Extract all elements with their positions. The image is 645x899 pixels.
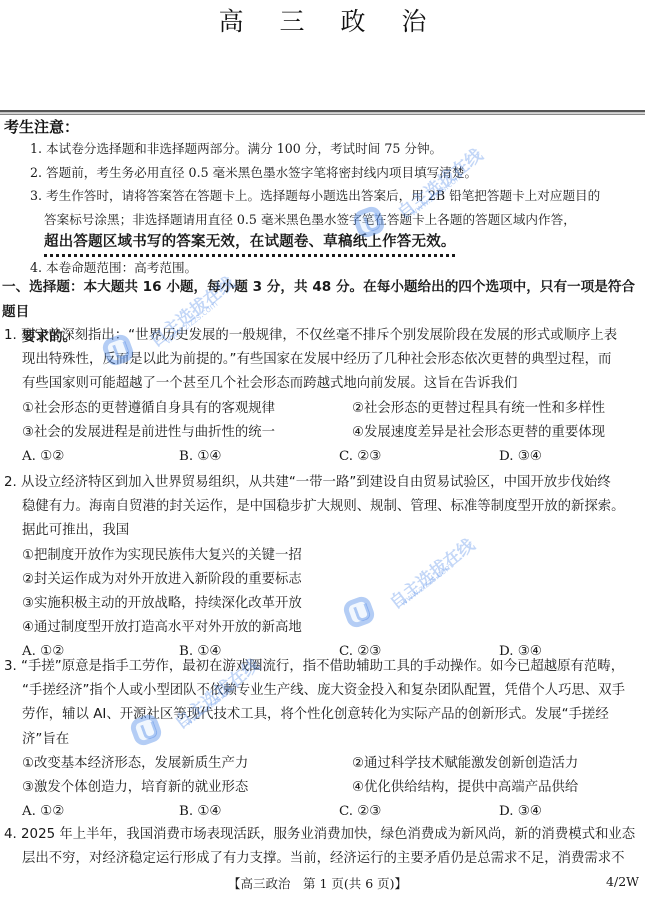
- section-heading-line1: 一、选择题：本大题共 16 小题，每小题 3 分，共 48 分。在每小题给出的四…: [2, 279, 635, 320]
- option-4: ④通过制度型开放打造高水平对外开放的新高地: [4, 616, 642, 640]
- page-number-label: 【高三政治 第 1 页(共 6 页)】: [228, 874, 407, 892]
- option-1: ①把制度开放作为实现民族伟大复兴的关键一招: [4, 544, 642, 568]
- notice-item-3-cont: 答案标号涂黑；非选择题请用直径 0.5 毫米黑色墨水签字笔在答题卡上各题的答题区…: [30, 208, 642, 232]
- question-stem: 层出不穷，对经济稳定运行形成了有力支撑。当前，经济运行的主要矛盾仍是总需求不足，…: [4, 847, 642, 871]
- question-stem: 现出特殊性，反而是以此为前提的。”有些国家在发展中经历了几种社会形态依次更替的典…: [4, 348, 642, 372]
- option-3: ③激发个体创造力，培育新的就业形态: [22, 776, 352, 800]
- question-stem: 3. “手搓”原意是指手工劳作，最初在游戏圈流行，指不借助辅助工具的手动操作。如…: [4, 655, 642, 679]
- option-4: ④优化供给结构，提供中高端产品供给: [352, 776, 645, 800]
- answer-d: D. ③④: [499, 800, 645, 824]
- question-2: 2. 从设立经济特区到加入世界贸易组织，从共建“一带一路”到建设自由贸易试验区，…: [4, 471, 642, 665]
- option-1: ①社会形态的更替遵循自身具有的客观规律: [22, 397, 352, 421]
- option-2: ②通过科学技术赋能激发创新创造活力: [352, 752, 645, 776]
- question-stem: 2. 从设立经济特区到加入世界贸易组织，从共建“一带一路”到建设自由贸易试验区，…: [4, 471, 642, 495]
- option-2: ②社会形态的更替过程具有统一性和多样性: [352, 397, 645, 421]
- option-1: ①改变基本经济形态，发展新质生产力: [22, 752, 352, 776]
- option-list: ①社会形态的更替遵循自身具有的客观规律 ②社会形态的更替过程具有统一性和多样性 …: [4, 397, 642, 445]
- answer-b: B. ①④: [179, 800, 339, 824]
- answer-a: A. ①②: [22, 445, 179, 469]
- notice-list: 1. 本试卷分选择题和非选择题两部分。满分 100 分，考试时间 75 分钟。 …: [30, 137, 642, 280]
- notice-heading: 考生注意：: [4, 116, 79, 137]
- question-stem: 劳作，辅以 AI、开源社区等现代技术工具，将个性化创意转化为实际产品的创新形式。…: [4, 703, 642, 727]
- answer-c: C. ②③: [339, 800, 499, 824]
- notice-item-1: 1. 本试卷分选择题和非选择题两部分。满分 100 分，考试时间 75 分钟。: [30, 137, 642, 161]
- question-4: 4. 2025 年上半年，我国消费市场表现活跃，服务业消费加快，绿色消费成为新风…: [4, 823, 642, 871]
- answer-b: B. ①④: [179, 445, 339, 469]
- page-title: 高 三 政 治: [0, 2, 645, 38]
- question-stem: 稳健有力。海南自贸港的封关运作，是中国稳步扩大规则、规制、管理、标准等制度型开放…: [4, 495, 642, 519]
- answer-choices: A. ①② B. ①④ C. ②③ D. ③④: [4, 445, 642, 469]
- notice-item-2: 2. 答题前，考生务必用直径 0.5 毫米黑色墨水签字笔将密封线内项目填写清楚。: [30, 161, 642, 185]
- header-divider: [0, 110, 645, 115]
- answer-c: C. ②③: [339, 445, 499, 469]
- question-stem: 1. 列宁曾深刻指出：“世界历史发展的一般规律，不仅丝毫不排斥个别发展阶段在发展…: [4, 324, 642, 348]
- question-stem: 据此可推出，我国: [4, 519, 642, 543]
- option-2: ②封关运作成为对外开放进入新阶段的重要标志: [4, 568, 642, 592]
- option-3: ③实施积极主动的开放战略，持续深化改革开放: [4, 592, 642, 616]
- question-stem: “手搓经济”指个人或小型团队不依赖专业生产线、庞大资金投入和复杂团队配置，凭借个…: [4, 679, 642, 703]
- option-4: ④发展速度差异是社会形态更替的重要体现: [352, 421, 645, 445]
- notice-emphasis: 超出答题区域书写的答案无效，在试题卷、草稿纸上作答无效。: [30, 231, 642, 253]
- answer-a: A. ①②: [22, 800, 179, 824]
- question-stem: 有些国家则可能超越了一个甚至几个社会形态而跨越式地向前发展。这旨在告诉我们: [4, 372, 642, 396]
- paper-code: 4/2W: [606, 874, 639, 889]
- option-list: ①改变基本经济形态，发展新质生产力 ②通过科学技术赋能激发创新创造活力 ③激发个…: [4, 752, 642, 800]
- question-3: 3. “手搓”原意是指手工劳作，最初在游戏圈流行，指不借助辅助工具的手动操作。如…: [4, 655, 642, 824]
- option-3: ③社会的发展进程是前进性与曲折性的统一: [22, 421, 352, 445]
- question-stem: 济”旨在: [4, 728, 642, 752]
- notice-item-3: 3. 考生作答时，请将答案答在答题卡上。选择题每小题选出答案后，用 2B 铅笔把…: [30, 184, 642, 208]
- question-stem: 4. 2025 年上半年，我国消费市场表现活跃，服务业消费加快，绿色消费成为新风…: [4, 823, 642, 847]
- question-1: 1. 列宁曾深刻指出：“世界历史发展的一般规律，不仅丝毫不排斥个别发展阶段在发展…: [4, 324, 642, 469]
- answer-d: D. ③④: [499, 445, 645, 469]
- answer-choices: A. ①② B. ①④ C. ②③ D. ③④: [4, 800, 642, 824]
